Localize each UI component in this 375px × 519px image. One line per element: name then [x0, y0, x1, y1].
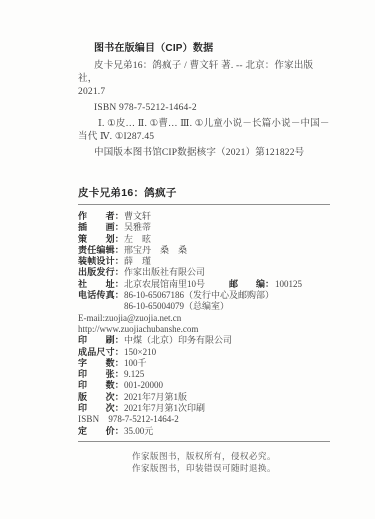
colophon-row-size: 成品尺寸： 150×210 — [78, 347, 330, 358]
colophon-row-phone2: 86-10-65004079（总编室） — [78, 301, 330, 312]
field-value: 作家出版社有限公司 — [124, 267, 205, 278]
field-value: 邢宝丹 桑 桑 — [124, 245, 187, 256]
field-label: 责任编辑： — [78, 245, 124, 256]
field-label: 社 址： — [78, 279, 124, 290]
field-value: 9.125 — [124, 369, 144, 380]
field-label: ISBN — [78, 414, 99, 425]
field-value: 35.00元 — [124, 426, 153, 437]
colophon-row-designer: 装帧设计： 薛 瑾 — [78, 256, 330, 267]
colophon-row-wordcount: 字 数： 100千 — [78, 358, 330, 369]
colophon-row-isbn: ISBN 978-7-5212-1464-2 — [78, 414, 330, 425]
field-value: 吴雅蒂 — [124, 222, 151, 233]
field-label: 作 者： — [78, 211, 124, 222]
colophon-row-edition: 版 次： 2021年7月第1版 — [78, 392, 330, 403]
field-label: 字 数： — [78, 358, 124, 369]
colophon-row-address: 社 址： 北京农展馆南里10号 邮 编： 100125 — [78, 279, 330, 290]
field-value: 曹文轩 — [124, 211, 151, 222]
colophon-row-publisher: 出版发行： 作家出版社有限公司 — [78, 267, 330, 278]
colophon-row-sheets: 印 张： 9.125 — [78, 369, 330, 380]
field-label: 印 次： — [78, 403, 124, 414]
cip-header: 图书在版编目（CIP）数据 — [78, 42, 330, 55]
field-value: 左 昡 — [124, 234, 151, 245]
exchange-notice: 作家版图书，印装错误可随时退换。 — [78, 462, 330, 475]
colophon-row-impression: 印 次： 2021年7月第1次印刷 — [78, 403, 330, 414]
field-value: 86-10-65067186（发行中心及邮购部） — [124, 290, 274, 301]
title-block: 皮卡兄弟16：鸽疯子 — [78, 183, 330, 205]
colophon-row-printrun: 印 数： 001-20000 — [78, 380, 330, 391]
field-value: 978-7-5212-1464-2 — [108, 414, 179, 425]
colophon-row-planner: 策 划： 左 昡 — [78, 234, 330, 245]
field-value: 薛 瑾 — [124, 256, 151, 267]
colophon-row-editor: 责任编辑： 邢宝丹 桑 桑 — [78, 245, 330, 256]
field-label: 电话传真： — [78, 290, 124, 301]
field-label: 插 画： — [78, 222, 124, 233]
field-value: 150×210 — [124, 347, 156, 358]
field-label: 策 划： — [78, 234, 124, 245]
field-value-postcode: 100125 — [275, 279, 302, 290]
cip-classification-line1: Ⅰ. ①皮… Ⅱ. ①曹… Ⅲ. ①儿童小说－长篇小说－中国－ — [78, 118, 330, 131]
copyright-page: 图书在版编目（CIP）数据 皮卡兄弟16：鸽疯子 / 曹文轩 著. -- 北京：… — [0, 0, 375, 519]
cip-entry-line1: 皮卡兄弟16：鸽疯子 / 曹文轩 著. -- 北京：作家出版社， — [78, 60, 330, 86]
field-label: 定 价： — [78, 426, 124, 437]
field-label: 成品尺寸： — [78, 347, 124, 358]
field-label: 印 张： — [78, 369, 124, 380]
bottom-rule — [78, 441, 330, 442]
colophon-row-author: 作 者： 曹文轩 — [78, 211, 330, 222]
colophon-row-printer: 印 刷： 中煤（北京）印务有限公司 — [78, 335, 330, 346]
book-title: 皮卡兄弟16：鸽疯子 — [78, 187, 177, 199]
email-line: E-mail:zuojia@zuojia.net.cn — [78, 313, 330, 324]
field-value: 中煤（北京）印务有限公司 — [124, 335, 232, 346]
colophon-row-phone: 电话传真： 86-10-65067186（发行中心及邮购部） — [78, 290, 330, 301]
cip-block: 图书在版编目（CIP）数据 皮卡兄弟16：鸽疯子 / 曹文轩 著. -- 北京：… — [78, 42, 330, 160]
cip-classification-line2: 当代 Ⅳ. ①I287.45 — [78, 131, 330, 144]
field-value: 2021年7月第1次印刷 — [124, 403, 205, 414]
colophon-row-price: 定 价： 35.00元 — [78, 426, 330, 437]
field-value: 001-20000 — [124, 380, 163, 391]
field-label: 印 刷： — [78, 335, 124, 346]
copyright-notice: 作家版图书，版权所有，侵权必究。 — [78, 450, 330, 463]
colophon-rows: 作 者： 曹文轩 插 画： 吴雅蒂 策 划： 左 昡 责任编辑： 邢宝丹 桑 桑… — [78, 211, 330, 437]
cip-entry-line2: 2021.7 — [78, 86, 330, 99]
field-value: 2021年7月第1版 — [124, 392, 187, 403]
field-value: 北京农展馆南里10号 — [124, 279, 205, 290]
field-label-postcode: 邮 编： — [229, 279, 275, 290]
field-value: 100千 — [124, 358, 147, 369]
cip-isbn: ISBN 978-7-5212-1464-2 — [78, 102, 330, 115]
footer-notice: 作家版图书，版权所有，侵权必究。 作家版图书，印装错误可随时退换。 — [78, 450, 330, 475]
website-line: http://www.zuojiachubanshe.com — [78, 324, 330, 335]
field-label: 印 数： — [78, 380, 124, 391]
field-label: 版 次： — [78, 392, 124, 403]
cip-record-number: 中国版本图书馆CIP数据核字（2021）第121822号 — [78, 147, 330, 160]
field-label: 装帧设计： — [78, 256, 124, 267]
field-label: 出版发行： — [78, 267, 124, 278]
colophon-row-illustrator: 插 画： 吴雅蒂 — [78, 222, 330, 233]
